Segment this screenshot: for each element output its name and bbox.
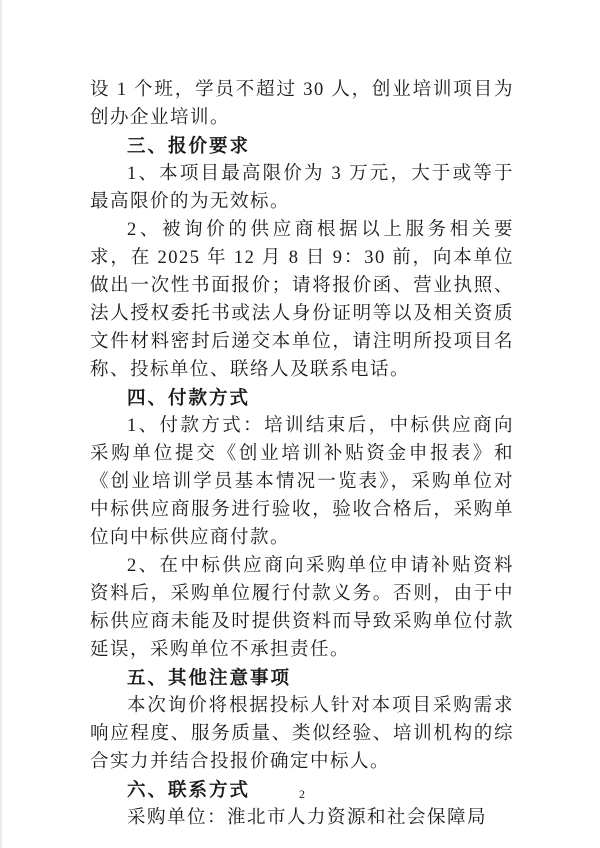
paragraph-payment-procedure: 1、付款方式：培训结束后，中标供应商向采购单位提交《创业培训补贴资金申报表》和《… xyxy=(90,412,514,552)
heading-other-notes: 五、其他注意事项 xyxy=(127,664,514,692)
paragraph-purchasing-unit: 采购单位：淮北市人力资源和社会保障局 xyxy=(90,804,514,832)
page-body: 设 1 个班，学员不超过 30 人，创业培训项目为创办企业培训。 三、报价要求 … xyxy=(90,76,514,832)
heading-quotation-requirements: 三、报价要求 xyxy=(127,132,514,160)
paragraph-evaluation-criteria: 本次询价将根据投标人针对本项目采购需求响应程度、服务质量、类似经验、培训机构的综… xyxy=(90,692,514,776)
paragraph-training-class: 设 1 个班，学员不超过 30 人，创业培训项目为创办企业培训。 xyxy=(90,76,514,132)
paragraph-quotation-submission: 2、被询价的供应商根据以上服务相关要求，在 2025 年 12 月 8 日 9：… xyxy=(90,216,514,384)
page-number: 2 xyxy=(2,787,600,802)
document-page: 设 1 个班，学员不超过 30 人，创业培训项目为创办企业培训。 三、报价要求 … xyxy=(0,0,600,848)
paragraph-max-price: 1、本项目最高限价为 3 万元，大于或等于最高限价的为无效标。 xyxy=(90,160,514,216)
paragraph-payment-obligation: 2、在中标供应商向采购单位申请补贴资料资料后，采购单位履行付款义务。否则，由于中… xyxy=(90,552,514,664)
heading-payment-method: 四、付款方式 xyxy=(127,384,514,412)
